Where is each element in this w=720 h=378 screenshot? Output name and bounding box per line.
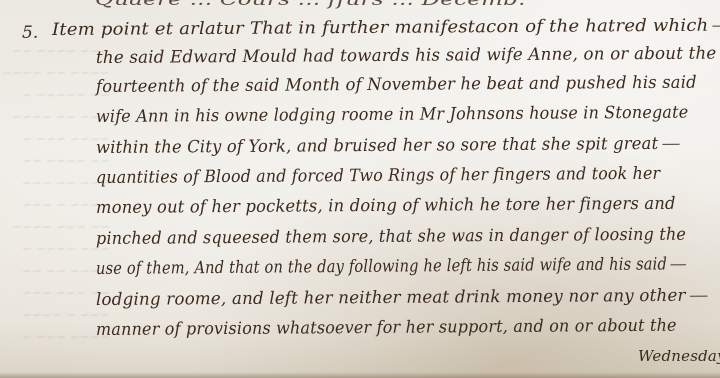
item-number: 5. xyxy=(22,23,38,43)
bleed-through-text: ~~~ ~~~~ ~~~~~~ ~~ ~~~~~~ ~~~~~ ~~~~ ~~ … xyxy=(0,40,110,360)
manuscript-line-11: manner of provisions whatsoever for her … xyxy=(96,316,677,340)
page-bottom-edge xyxy=(0,372,720,378)
line-filler-dash xyxy=(690,295,708,297)
manuscript-line-1: Item point et arlatur That in further ma… xyxy=(52,16,720,40)
line-text: Item point et arlatur That in further ma… xyxy=(52,16,709,40)
line-filler-dash xyxy=(662,144,679,146)
line-filler-dash xyxy=(670,264,685,266)
manuscript-line-3: fourteenth of the said Month of November… xyxy=(96,73,697,97)
manuscript-line-8: pinched and squeesed them sore, that she… xyxy=(96,225,686,249)
manuscript-line-7: money out of her pocketts, in doing of w… xyxy=(96,194,676,218)
manuscript-line-5: within the City of York, and bruised her… xyxy=(96,134,680,158)
manuscript-line-10: lodging roome, and left her neither meat… xyxy=(96,286,707,310)
catchword: Wednesday xyxy=(638,347,720,365)
line-filler-dash xyxy=(713,25,720,27)
line-text: within the City of York, and bruised her… xyxy=(96,134,658,158)
manuscript-page: ~~~ ~~~~ ~~~~~~ ~~ ~~~~~~ ~~~~~ ~~~~ ~~ … xyxy=(0,0,720,378)
manuscript-line-6: quantities of Blood and forced Two Rings… xyxy=(96,164,660,188)
line-text: use of them, And that on the day followi… xyxy=(96,254,667,279)
manuscript-line-2: the said Edward Mould had towards his sa… xyxy=(96,44,717,68)
cut-off-top-line: Quaere ... Cours ... ffurs ... Decemb. xyxy=(95,0,526,10)
manuscript-line-4: wife Ann in his owne lodging roome in Mr… xyxy=(96,103,688,127)
line-text: lodging roome, and left her neither meat… xyxy=(96,286,686,310)
manuscript-line-9: use of them, And that on the day followi… xyxy=(96,254,686,279)
